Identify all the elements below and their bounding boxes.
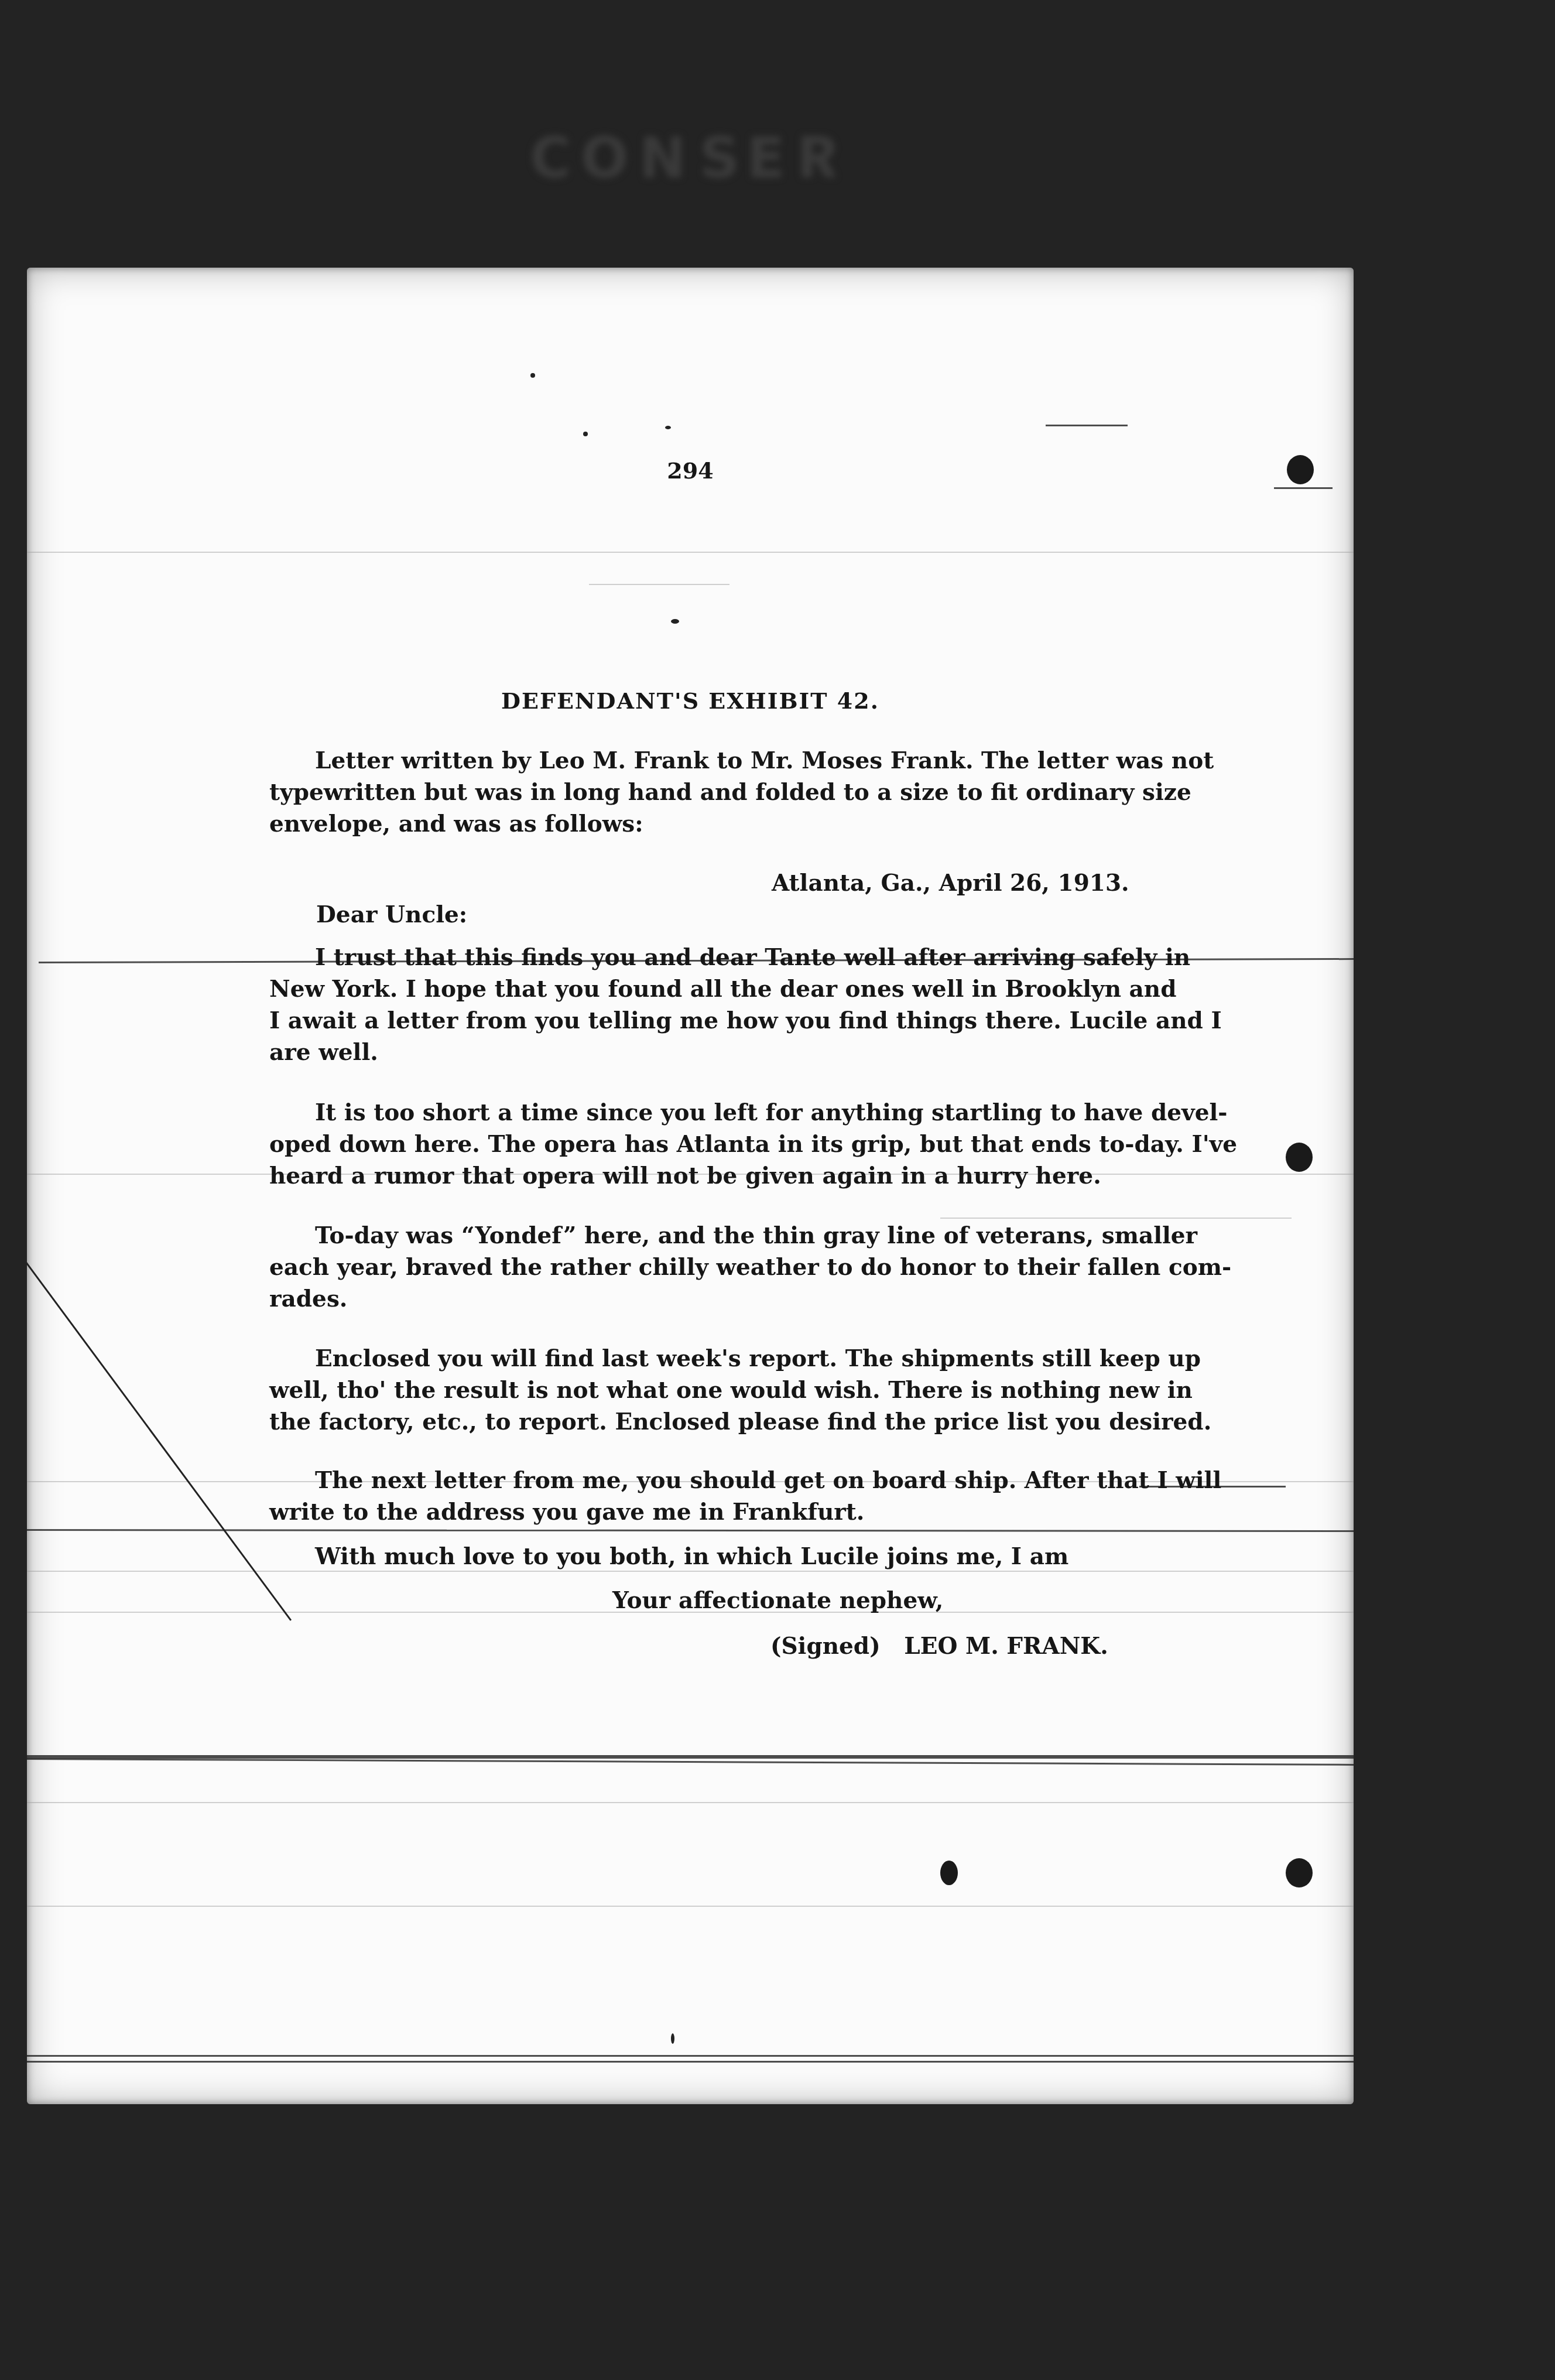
- dateline: Atlanta, Ga., April 26, 1913.: [772, 867, 1129, 899]
- p1-line-4: are well.: [269, 1037, 1145, 1068]
- intro-line-3: envelope, and was as follows:: [269, 808, 1145, 840]
- p1-line-1: I trust that this finds you and dear Tan…: [315, 942, 1145, 973]
- p2-line-3: heard a rumor that opera will not be giv…: [269, 1160, 1145, 1192]
- mirrored-imprint: ЯƎƧИOƆ: [515, 132, 843, 184]
- p4-line-1: Enclosed you will find last week's repor…: [315, 1343, 1145, 1374]
- p1-line-3: I await a letter from you telling me how…: [269, 1005, 1145, 1037]
- scan-line: [27, 1802, 1354, 1803]
- p5-line-2: write to the address you gave me in Fran…: [269, 1496, 1145, 1528]
- scan-line: [27, 1758, 1354, 1766]
- salutation: Dear Uncle:: [316, 899, 467, 931]
- intro-rest: The letter was not: [981, 747, 1214, 774]
- valediction: Your affectionate nephew,: [612, 1585, 943, 1616]
- scan-line: [27, 2061, 1354, 2063]
- speck: [671, 619, 679, 624]
- scan-line: [1274, 487, 1333, 489]
- p3-line-1: To-day was “Yondef” here, and the thin g…: [315, 1220, 1145, 1251]
- scan-line: [27, 2055, 1354, 2057]
- scan-line: [27, 1906, 1354, 1907]
- scan-line: [589, 584, 729, 585]
- punch-hole: [1286, 1858, 1313, 1887]
- p4-line-2: well, tho' the result is not what one wo…: [269, 1374, 1145, 1406]
- ink-blot: [940, 1861, 958, 1885]
- p3-line-3: rades.: [269, 1283, 1145, 1315]
- speck: [671, 2033, 674, 2044]
- speck: [665, 426, 671, 429]
- speck: [583, 432, 588, 436]
- punch-hole: [1286, 1143, 1313, 1172]
- scan-line: [27, 552, 1354, 553]
- p4-line-3: the factory, etc., to report. Enclosed p…: [269, 1406, 1145, 1438]
- intro-line-2: typewritten but was in long hand and fol…: [269, 777, 1145, 808]
- scan-line: [27, 1757, 1354, 1759]
- page-number: 294: [27, 455, 1354, 487]
- scan-line: [27, 1755, 1354, 1757]
- p2-line-2: oped down here. The opera has Atlanta in…: [269, 1129, 1145, 1160]
- p2-line-1: It is too short a time since you left fo…: [315, 1097, 1145, 1129]
- diagonal-mark: [27, 1262, 292, 1621]
- signature: (Signed) LEO M. FRANK.: [770, 1630, 1108, 1662]
- intro-line-1: Letter written by Leo M. Frank to Mr. Mo…: [315, 745, 1145, 777]
- intro-lead: Letter written by Leo M. Frank to Mr. Mo…: [315, 747, 974, 774]
- scan-line: [940, 1218, 1292, 1219]
- speck: [530, 373, 535, 378]
- scan-line: [1046, 425, 1128, 426]
- p5-line-1: The next letter from me, you should get …: [315, 1465, 1145, 1496]
- p3-line-2: each year, braved the rather chilly weat…: [269, 1251, 1145, 1283]
- document-page: 294 DEFENDANT'S EXHIBIT 42. Letter writt…: [27, 268, 1354, 2104]
- p1-line-2: New York. I hope that you found all the …: [269, 973, 1145, 1005]
- exhibit-title: DEFENDANT'S EXHIBIT 42.: [27, 685, 1354, 717]
- closing-line: With much love to you both, in which Luc…: [315, 1541, 1068, 1572]
